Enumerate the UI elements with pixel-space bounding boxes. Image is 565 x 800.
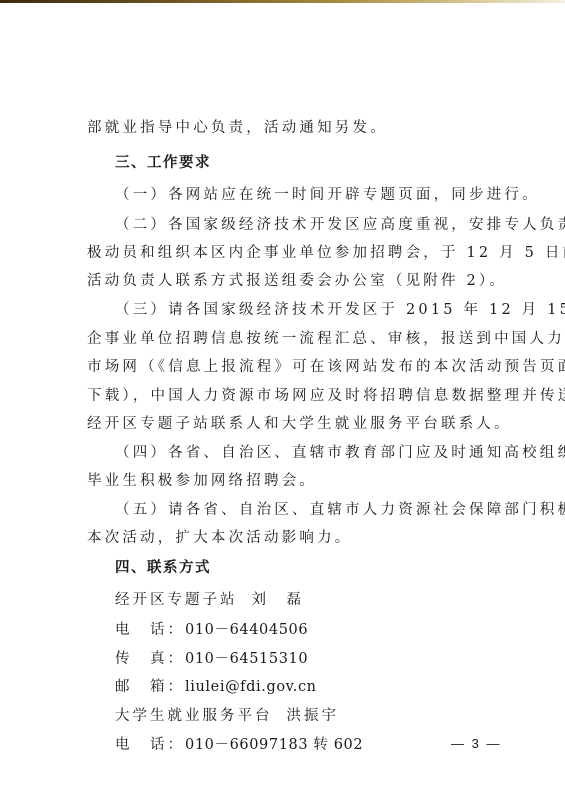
contact-2-header: 大学生就业服务平台洪振宇 <box>115 706 339 726</box>
requirement-item-2-line-3: 活动负责人联系方式报送组委会办公室（见附件 2）。 <box>87 271 507 291</box>
contact-1-org: 经开区专题子站 <box>115 592 238 608</box>
contact-1-phone: 010－64404506 <box>185 622 308 638</box>
contact-1-header: 经开区专题子站刘 磊 <box>115 590 304 610</box>
contact-1-phone-label: 电 话： <box>115 622 185 638</box>
requirement-item-2-line-1: （二）各国家级经济技术开发区应高度重视，安排专人负责，积 <box>115 215 565 235</box>
requirement-item-5-line-2: 本次活动，扩大本次活动影响力。 <box>87 528 353 548</box>
requirement-item-3-line-3: 市场网（《信息上报流程》可在该网站发布的本次活动预告页面中 <box>87 357 565 377</box>
contact-1-phone-row: 电 话：010－64404506 <box>115 620 308 640</box>
contact-1-email-label: 邮 箱： <box>115 679 185 695</box>
requirement-item-3-line-5: 经开区专题子站联系人和大学生就业服务平台联系人。 <box>87 414 512 434</box>
contact-2-phone-label: 电 话： <box>115 737 185 753</box>
contact-1-email-row: 邮 箱：liulei@fdi.gov.cn <box>115 677 317 697</box>
requirement-item-3-line-4: 下载），中国人力资源市场网应及时将招聘信息数据整理并传送至 <box>87 386 565 406</box>
document-page: 部就业指导中心负责，活动通知另发。 三、工作要求 （一）各网站应在统一时间开辟专… <box>0 0 565 800</box>
contact-2-phone: 010－66097183 转 602 <box>185 737 363 753</box>
page-number: — 3 — <box>451 736 501 751</box>
requirement-item-5-line-1: （五）请各省、自治区、直辖市人力资源社会保障部门积极宣传 <box>115 500 565 520</box>
section-heading-work-requirements: 三、工作要求 <box>115 153 211 173</box>
contact-1-fax-label: 传 真： <box>115 651 185 667</box>
requirement-item-2-line-2: 极动员和组织本区内企事业单位参加招聘会，于 12 月 5 日前，将 <box>87 243 565 263</box>
contact-2-phone-row: 电 话：010－66097183 转 602 <box>115 735 363 755</box>
contact-1-email: liulei@fdi.gov.cn <box>185 679 317 695</box>
section-heading-contacts: 四、联系方式 <box>115 558 211 578</box>
requirement-item-4-line-1: （四）各省、自治区、直辖市教育部门应及时通知高校组织应届 <box>115 443 565 463</box>
requirement-item-3-line-2: 企事业单位招聘信息按统一流程汇总、审核，报送到中国人力资源 <box>87 329 565 349</box>
contact-2-name: 洪振宇 <box>287 708 340 724</box>
requirement-item-1: （一）各网站应在统一时间开辟专题页面，同步进行。 <box>115 185 540 205</box>
contact-1-fax: 010－64515310 <box>185 651 308 667</box>
requirement-item-4-line-2: 毕业生积极参加网络招聘会。 <box>87 471 317 491</box>
contact-2-org: 大学生就业服务平台 <box>115 708 273 724</box>
contact-1-name: 刘 磊 <box>252 592 305 608</box>
paragraph-continuation: 部就业指导中心负责，活动通知另发。 <box>87 118 388 138</box>
contact-1-fax-row: 传 真：010－64515310 <box>115 649 308 669</box>
requirement-item-3-line-1: （三）请各国家级经济技术开发区于 2015 年 12 月 15 日前将 <box>115 300 565 320</box>
